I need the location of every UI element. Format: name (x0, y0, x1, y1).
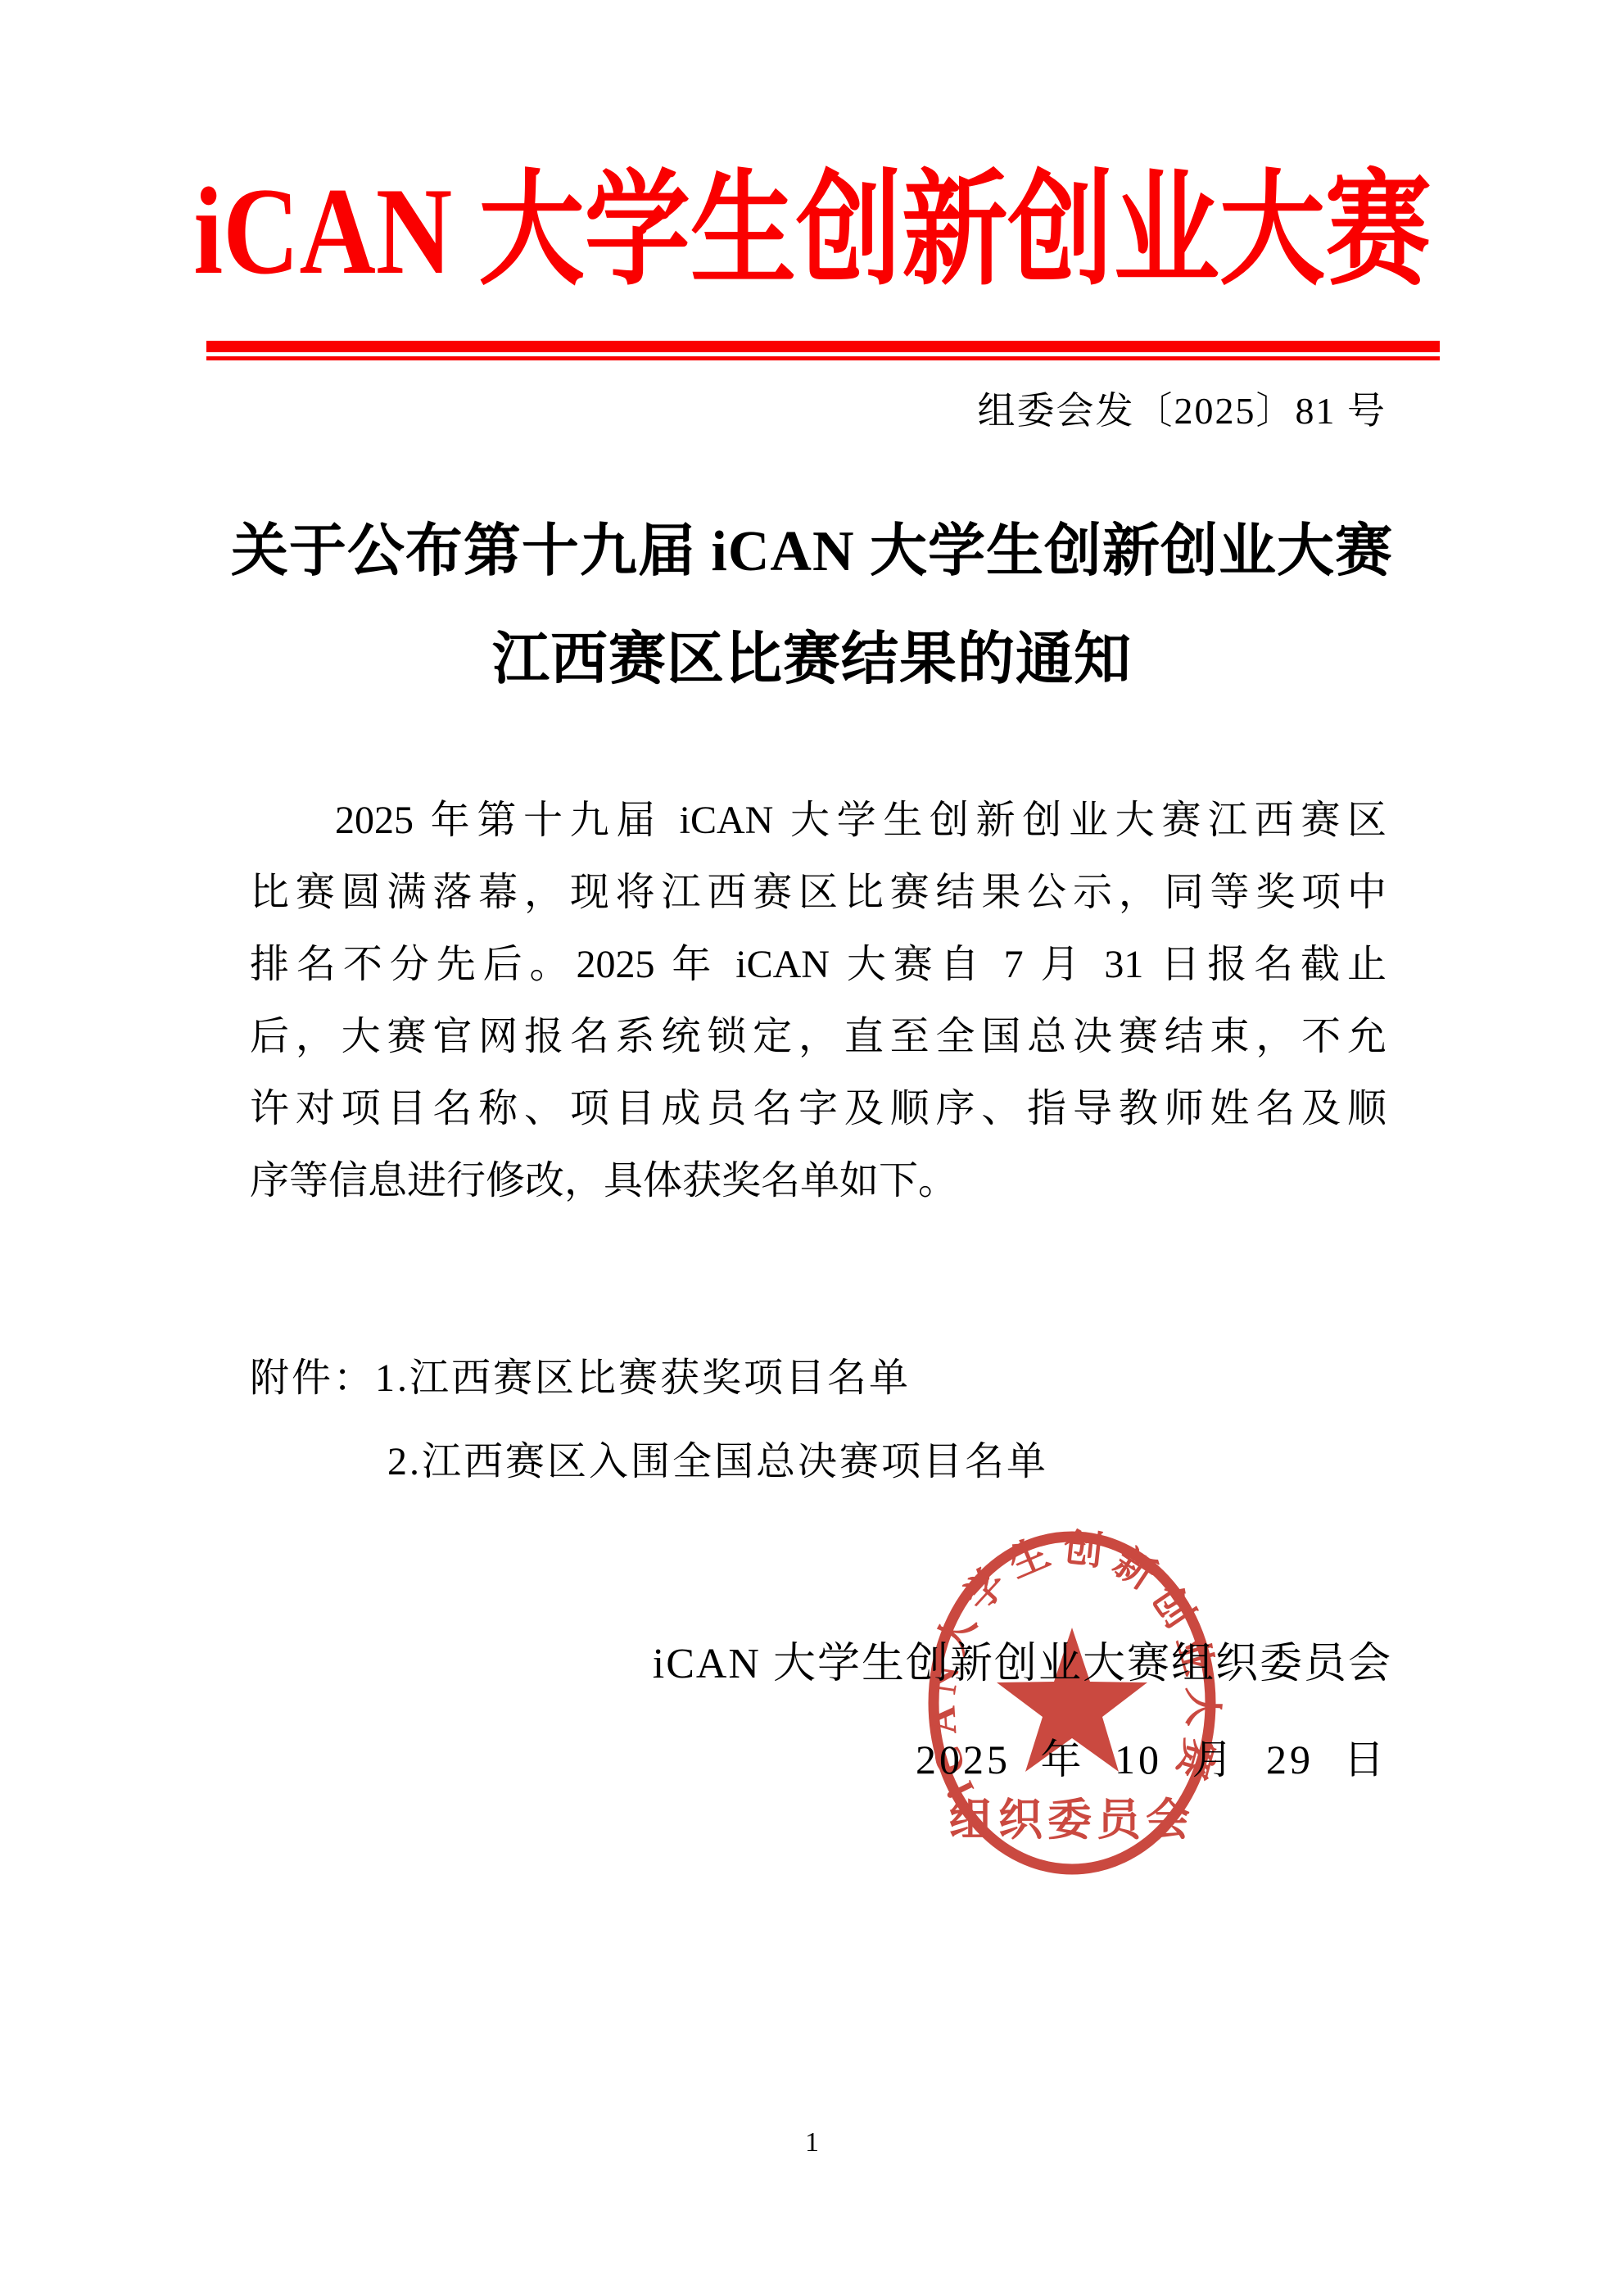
attachment-row: 附件：1.江西赛区比赛获奖项目名单 (250, 1337, 1387, 1420)
body-line: 2025 年第十九届 iCAN 大学生创新创业大赛江西赛区 (250, 785, 1387, 857)
body-line: 排名不分先后。2025 年 iCAN 大赛自 7 月 31 日报名截止 (250, 929, 1387, 1001)
body-paragraph: 2025 年第十九届 iCAN 大学生创新创业大赛江西赛区 比赛圆满落幕，现将江… (250, 785, 1387, 1217)
body-line: 序等信息进行修改，具体获奖名单如下。 (250, 1145, 1387, 1217)
attachment-row: 2.江西赛区入围全国总决赛项目名单 (250, 1420, 1387, 1504)
official-stamp-svg: iCAN大学生创新创业大赛 组织委员会 (920, 1522, 1224, 1884)
notice-title: 关于公布第十九届 iCAN 大学生创新创业大赛 江西赛区比赛结果的通知 (0, 498, 1624, 714)
attachment-item: 1.江西赛区比赛获奖项目名单 (375, 1356, 911, 1400)
body-line: 比赛圆满落幕，现将江西赛区比赛结果公示，同等奖项中 (250, 857, 1387, 929)
notice-title-line2: 江西赛区比赛结果的通知 (0, 606, 1624, 714)
red-rule-thick (206, 341, 1440, 352)
stamp-star (997, 1628, 1147, 1772)
page-number: 1 (0, 2126, 1624, 2159)
attachments-list: 附件：1.江西赛区比赛获奖项目名单 2.江西赛区入围全国总决赛项目名单 (250, 1337, 1387, 1504)
official-stamp: iCAN大学生创新创业大赛 组织委员会 (920, 1522, 1224, 1884)
masthead-title: iCAN 大学生创新创业大赛 (0, 149, 1624, 313)
attachment-item: 2.江西赛区入围全国总决赛项目名单 (387, 1440, 1048, 1483)
red-rule-thin (206, 356, 1440, 360)
body-line: 后，大赛官网报名系统锁定，直至全国总决赛结束，不允 (250, 1001, 1387, 1073)
document-page: iCAN 大学生创新创业大赛 组委会发〔2025〕81 号 关于公布第十九届 i… (0, 0, 1624, 2296)
attachments-label: 附件： (250, 1356, 375, 1400)
masthead-title-text: iCAN 大学生创新创业大赛 (193, 149, 1431, 313)
stamp-bottom-text: 组织委员会 (949, 1796, 1195, 1845)
notice-title-line1: 关于公布第十九届 iCAN 大学生创新创业大赛 (0, 498, 1624, 606)
body-line: 许对项目名称、项目成员名字及顺序、指导教师姓名及顺 (250, 1073, 1387, 1145)
doc-number: 组委会发〔2025〕81 号 (978, 387, 1387, 436)
